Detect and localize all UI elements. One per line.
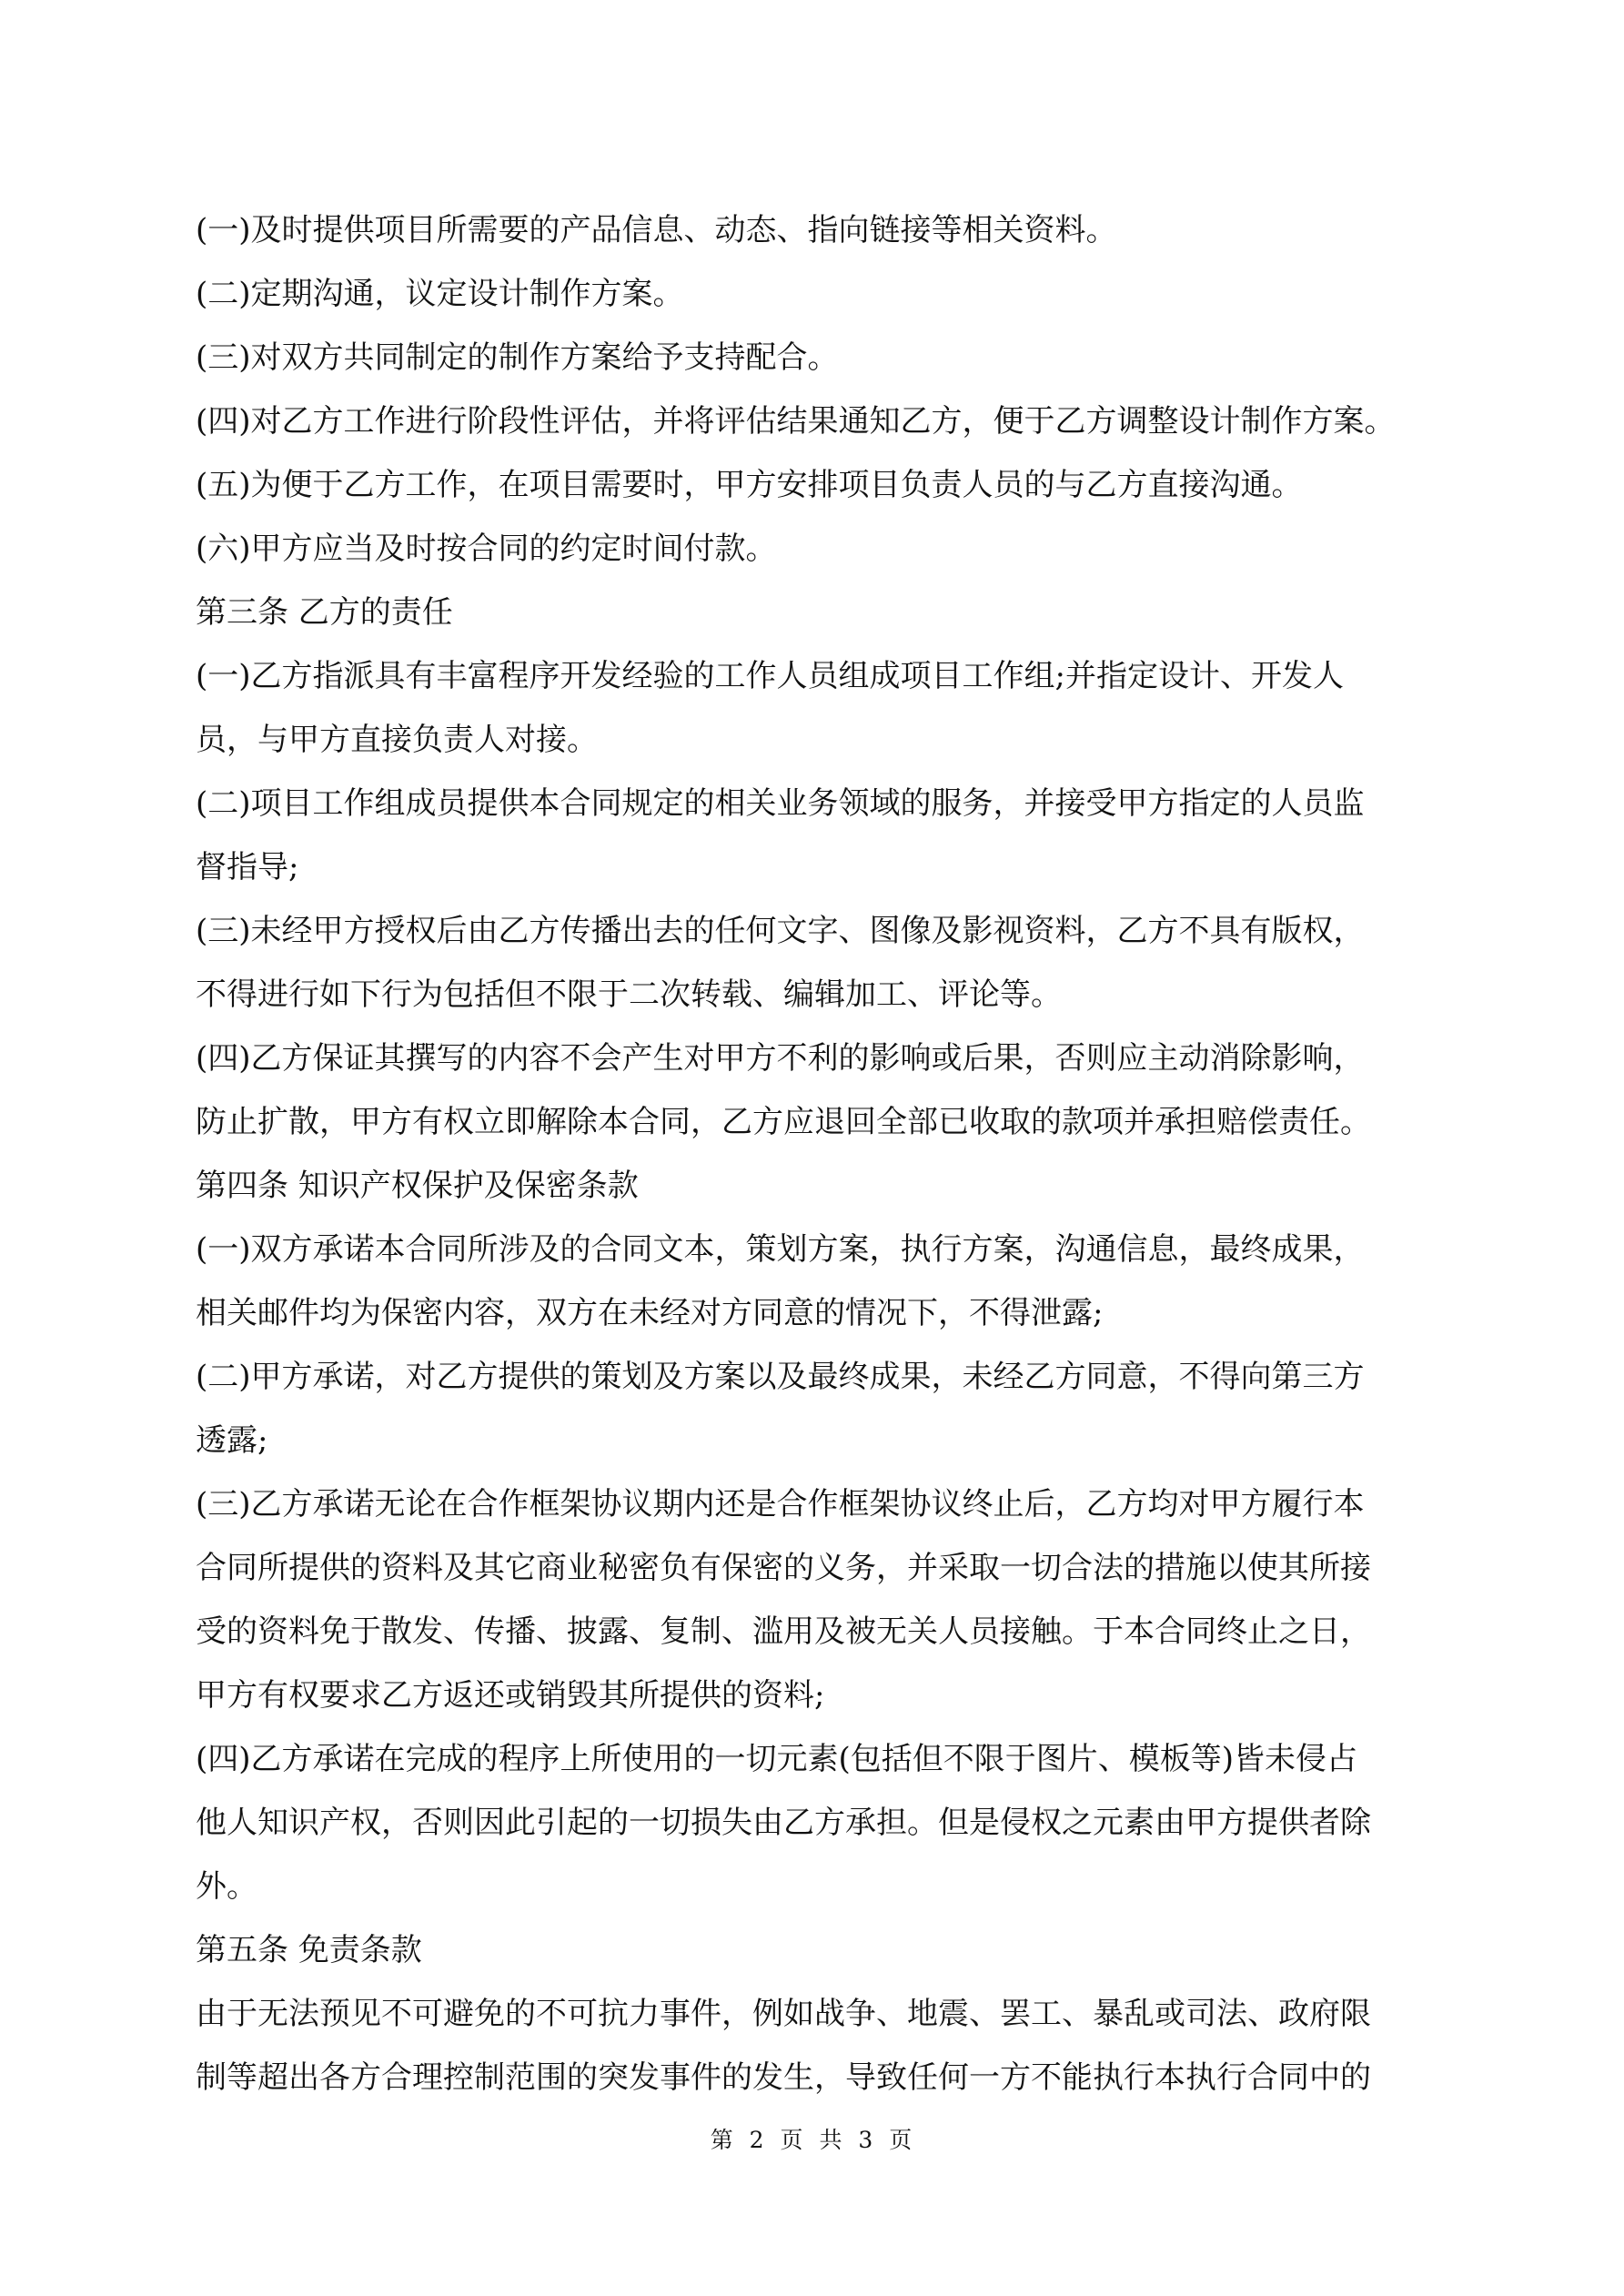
- section-heading: 第四条 知识产权保护及保密条款: [196, 1154, 1442, 1218]
- document-body: (一)及时提供项目所需要的产品信息、动态、指向链接等相关资料。 (二)定期沟通，…: [196, 198, 1442, 2109]
- text-line: 制等超出各方合理控制范围的突发事件的发生，导致任何一方不能执行本执行合同中的: [196, 2046, 1442, 2109]
- text-line: 员，与甲方直接负责人对接。: [196, 708, 1442, 772]
- text-line: (一)双方承诺本合同所涉及的合同文本，策划方案，执行方案，沟通信息，最终成果，: [196, 1218, 1442, 1281]
- text-line: 不得进行如下行为包括但不限于二次转载、编辑加工、评论等。: [196, 963, 1442, 1027]
- text-line: (四)对乙方工作进行阶段性评估，并将评估结果通知乙方，便于乙方调整设计制作方案。: [196, 389, 1442, 453]
- section-heading: 第五条 免责条款: [196, 1918, 1442, 1982]
- text-line: 合同所提供的资料及其它商业秘密负有保密的义务，并采取一切合法的措施以使其所接: [196, 1536, 1442, 1600]
- text-line: (二)项目工作组成员提供本合同规定的相关业务领域的服务，并接受甲方指定的人员监: [196, 772, 1442, 835]
- text-line: (六)甲方应当及时按合同的约定时间付款。: [196, 517, 1442, 581]
- text-line: 他人知识产权，否则因此引起的一切损失由乙方承担。但是侵权之元素由甲方提供者除: [196, 1791, 1442, 1855]
- text-line: (四)乙方保证其撰写的内容不会产生对甲方不利的影响或后果，否则应主动消除影响，: [196, 1027, 1442, 1090]
- text-line: (三)对双方共同制定的制作方案给予支持配合。: [196, 326, 1442, 389]
- text-line: 由于无法预见不可避免的不可抗力事件，例如战争、地震、罢工、暴乱或司法、政府限: [196, 1982, 1442, 2046]
- page-number-footer: 第 2 页 共 3 页: [0, 2122, 1624, 2155]
- text-line: 相关邮件均为保密内容，双方在未经对方同意的情况下，不得泄露;: [196, 1281, 1442, 1345]
- section-heading: 第三条 乙方的责任: [196, 581, 1442, 644]
- text-line: (三)乙方承诺无论在合作框架协议期内还是合作框架协议终止后，乙方均对甲方履行本: [196, 1472, 1442, 1536]
- text-line: (二)甲方承诺，对乙方提供的策划及方案以及最终成果，未经乙方同意，不得向第三方: [196, 1345, 1442, 1409]
- document-page: (一)及时提供项目所需要的产品信息、动态、指向链接等相关资料。 (二)定期沟通，…: [0, 0, 1624, 2296]
- text-line: 甲方有权要求乙方返还或销毁其所提供的资料;: [196, 1664, 1442, 1727]
- text-line: 透露;: [196, 1409, 1442, 1472]
- text-line: 督指导;: [196, 835, 1442, 899]
- text-line: (三)未经甲方授权后由乙方传播出去的任何文字、图像及影视资料，乙方不具有版权，: [196, 899, 1442, 963]
- text-line: 外。: [196, 1855, 1442, 1918]
- text-line: 受的资料免于散发、传播、披露、复制、滥用及被无关人员接触。于本合同终止之日，: [196, 1600, 1442, 1664]
- text-line: (五)为便于乙方工作，在项目需要时，甲方安排项目负责人员的与乙方直接沟通。: [196, 453, 1442, 517]
- text-line: (一)及时提供项目所需要的产品信息、动态、指向链接等相关资料。: [196, 198, 1442, 262]
- text-line: (一)乙方指派具有丰富程序开发经验的工作人员组成项目工作组;并指定设计、开发人: [196, 644, 1442, 708]
- text-line: 防止扩散，甲方有权立即解除本合同，乙方应退回全部已收取的款项并承担赔偿责任。: [196, 1090, 1442, 1154]
- text-line: (二)定期沟通，议定设计制作方案。: [196, 262, 1442, 326]
- text-line: (四)乙方承诺在完成的程序上所使用的一切元素(包括但不限于图片、模板等)皆未侵占: [196, 1727, 1442, 1791]
